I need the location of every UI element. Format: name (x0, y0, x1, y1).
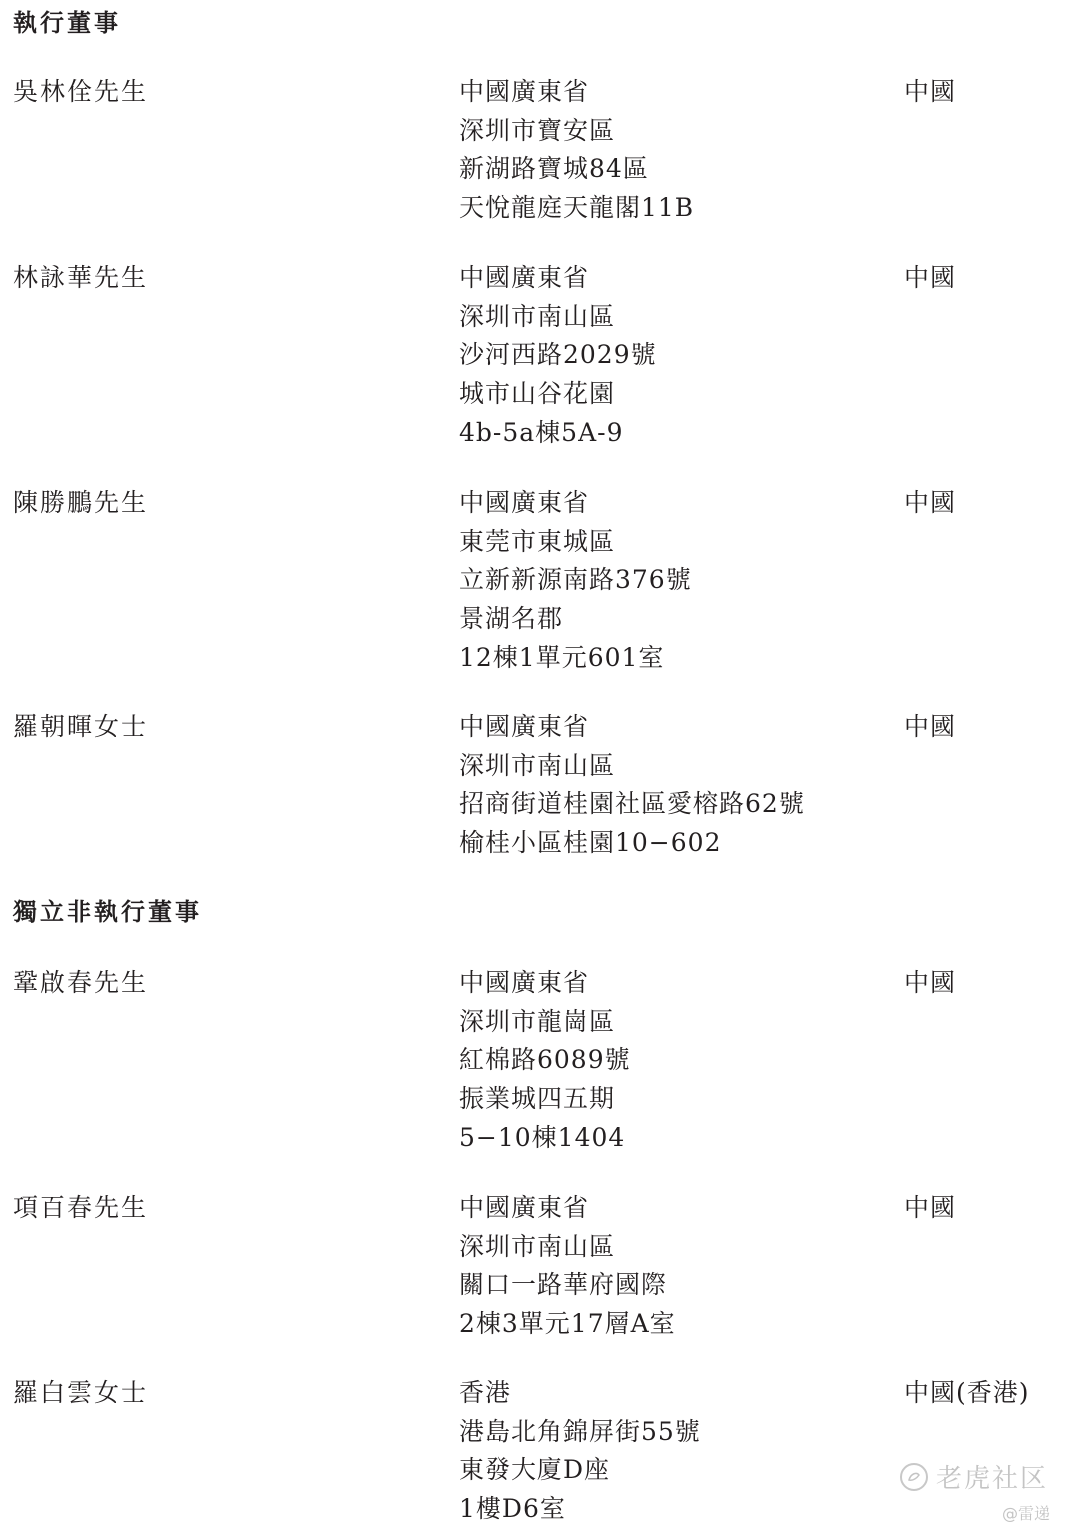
address-line: 深圳市寶安區 (459, 116, 694, 155)
address-line: 12棟1單元601室 (459, 643, 692, 682)
address-line: 中國廣東省 (459, 488, 692, 527)
address-line: 深圳市南山區 (459, 751, 805, 790)
director-name: 吳林佺先生 (13, 77, 148, 107)
director-address: 中國廣東省 深圳市南山區 招商街道桂園社區愛榕路62號 榆桂小區桂園10−602 (459, 712, 805, 867)
watermark-brand-row: 老虎社区 (900, 1458, 1060, 1495)
director-nationality: 中國 (904, 263, 956, 293)
director-nationality: 中國 (904, 712, 956, 742)
address-line: 4b-5a棟5A-9 (459, 418, 657, 457)
address-line: 新湖路寶城84區 (459, 154, 694, 193)
address-line: 紅棉路6089號 (459, 1045, 631, 1084)
address-line: 東發大廈D座 (459, 1455, 701, 1494)
address-line: 深圳市南山區 (459, 1232, 676, 1271)
address-line: 中國廣東省 (459, 712, 805, 751)
address-line: 天悅龍庭天龍閣11B (459, 193, 694, 232)
address-line: 中國廣東省 (459, 263, 657, 302)
address-line: 榆桂小區桂園10−602 (459, 828, 805, 867)
address-line: 港島北角錦屏街55號 (459, 1417, 701, 1456)
director-nationality: 中國 (904, 77, 956, 107)
address-line: 立新新源南路376號 (459, 565, 692, 604)
director-name: 陳勝鵬先生 (13, 488, 148, 518)
director-name: 羅白雲女士 (13, 1378, 148, 1408)
address-line: 景湖名郡 (459, 604, 692, 643)
address-line: 沙河西路2029號 (459, 340, 657, 379)
director-address: 中國廣東省 深圳市龍崗區 紅棉路6089號 振業城四五期 5−10棟1404 (459, 968, 631, 1161)
director-address: 中國廣東省 深圳市寶安區 新湖路寶城84區 天悅龍庭天龍閣11B (459, 77, 694, 232)
director-name: 林詠華先生 (13, 263, 148, 293)
watermark-user: @雷递 (900, 1501, 1060, 1524)
address-line: 振業城四五期 (459, 1084, 631, 1123)
section-heading-independent-non-executive-directors: 獨立非執行董事 (13, 897, 202, 927)
address-line: 深圳市龍崗區 (459, 1007, 631, 1046)
director-nationality: 中國(香港) (904, 1378, 1030, 1408)
address-line: 東莞市東城區 (459, 527, 692, 566)
section-heading-executive-directors: 執行董事 (13, 8, 121, 38)
address-line: 中國廣東省 (459, 968, 631, 1007)
address-line: 招商街道桂園社區愛榕路62號 (459, 789, 805, 828)
tiger-logo-icon (900, 1463, 928, 1491)
director-nationality: 中國 (904, 1193, 956, 1223)
watermark-brand: 老虎社区 (936, 1458, 1048, 1495)
address-line: 中國廣東省 (459, 1193, 676, 1232)
director-name: 項百春先生 (13, 1193, 148, 1223)
director-nationality: 中國 (904, 488, 956, 518)
director-address: 中國廣東省 深圳市南山區 沙河西路2029號 城市山谷花園 4b-5a棟5A-9 (459, 263, 657, 456)
address-line: 城市山谷花園 (459, 379, 657, 418)
director-name: 鞏啟春先生 (13, 968, 148, 998)
address-line: 中國廣東省 (459, 77, 694, 116)
address-line: 2棟3單元17層A室 (459, 1309, 676, 1348)
address-line: 1樓D6室 (459, 1494, 701, 1533)
address-line: 關口一路華府國際 (459, 1270, 676, 1309)
director-nationality: 中國 (904, 968, 956, 998)
address-line: 5−10棟1404 (459, 1123, 631, 1162)
watermark: 老虎社区 @雷递 (900, 1458, 1060, 1524)
director-address: 中國廣東省 東莞市東城區 立新新源南路376號 景湖名郡 12棟1單元601室 (459, 488, 692, 681)
address-line: 深圳市南山區 (459, 302, 657, 341)
address-line: 香港 (459, 1378, 701, 1417)
director-address: 中國廣東省 深圳市南山區 關口一路華府國際 2棟3單元17層A室 (459, 1193, 676, 1348)
director-address: 香港 港島北角錦屏街55號 東發大廈D座 1樓D6室 (459, 1378, 701, 1533)
director-name: 羅朝暉女士 (13, 712, 148, 742)
